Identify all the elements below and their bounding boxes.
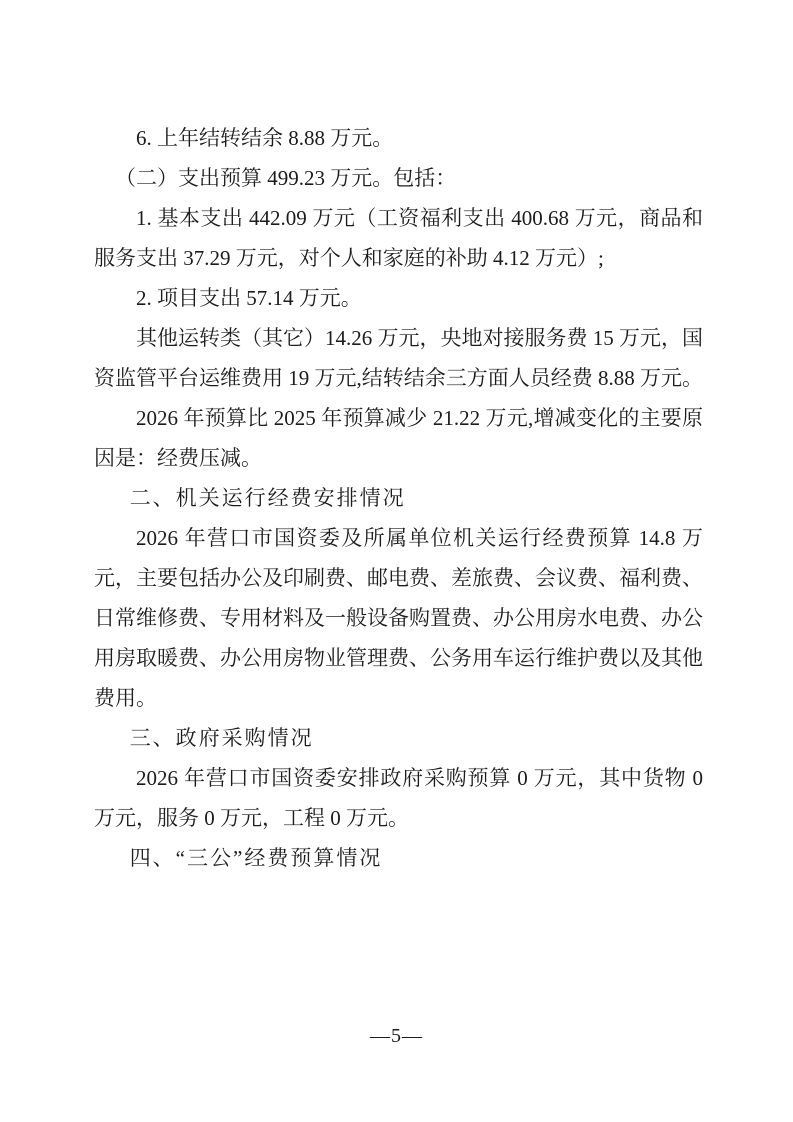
section-heading-2: 二、机关运行经费安排情况 [94, 478, 703, 518]
section-heading-3: 三、政府采购情况 [94, 718, 703, 758]
page-number: —5— [0, 1024, 793, 1048]
document-body: 6. 上年结转结余 8.88 万元。 （二）支出预算 499.23 万元。包括：… [94, 118, 703, 878]
section-heading-4: 四、“三公”经费预算情况 [94, 838, 703, 878]
body-paragraph: 2026 年营口市国资委及所属单位机关运行经费预算 14.8 万元，主要包括办公… [94, 518, 703, 718]
document-page: 6. 上年结转结余 8.88 万元。 （二）支出预算 499.23 万元。包括：… [0, 0, 793, 1122]
body-paragraph: （二）支出预算 499.23 万元。包括： [94, 158, 703, 198]
body-paragraph: 2026 年营口市国资委安排政府采购预算 0 万元，其中货物 0 万元，服务 0… [94, 758, 703, 838]
body-paragraph: 6. 上年结转结余 8.88 万元。 [94, 118, 703, 158]
body-paragraph: 其他运转类（其它）14.26 万元，央地对接服务费 15 万元，国资监管平台运维… [94, 318, 703, 398]
body-paragraph: 1. 基本支出 442.09 万元（工资福利支出 400.68 万元，商品和服务… [94, 198, 703, 278]
body-paragraph: 2026 年预算比 2025 年预算减少 21.22 万元,增减变化的主要原因是… [94, 398, 703, 478]
body-paragraph: 2. 项目支出 57.14 万元。 [94, 278, 703, 318]
